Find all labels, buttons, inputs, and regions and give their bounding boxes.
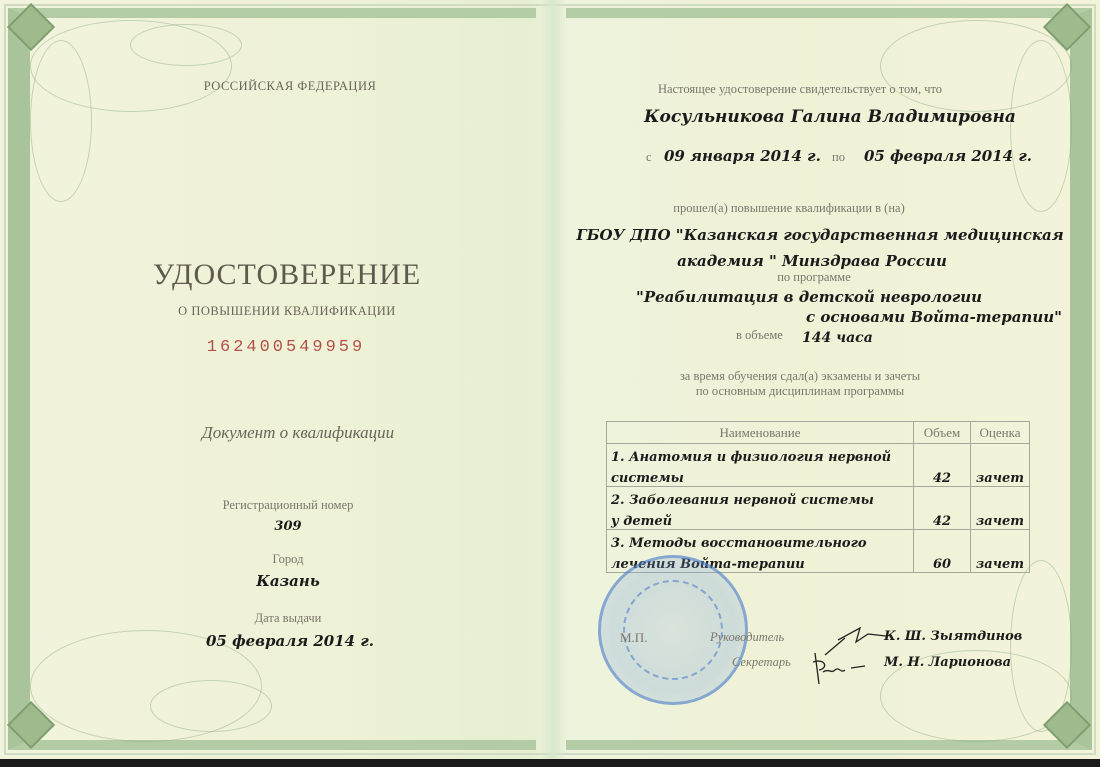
serial-number: 162400549959 — [207, 338, 365, 357]
program-label: по программе — [777, 270, 851, 285]
registration-label: Регистрационный номер — [223, 498, 354, 513]
discipline-name: 3. Методы восстановительного — [607, 530, 914, 552]
table-row: системы 42 зачет — [607, 465, 1030, 487]
header-name: Наименование — [607, 422, 914, 444]
certificate-spread: РОССИЙСКАЯ ФЕДЕРАЦИЯ УДОСТОВЕРЕНИЕ О ПОВ… — [0, 0, 1100, 759]
table-row: 3. Методы восстановительного — [607, 530, 1030, 552]
table-row: у детей 42 зачет — [607, 508, 1030, 530]
empty-cell — [914, 444, 971, 466]
full-name: Косульникова Галина Владимировна — [644, 107, 1016, 127]
discipline-volume: 42 — [914, 508, 971, 530]
document-subtitle: О ПОВЫШЕНИИ КВАЛИФИКАЦИИ — [178, 304, 396, 319]
date-from: 09 января 2014 г. — [664, 147, 821, 165]
discipline-volume: 60 — [914, 551, 971, 573]
to-label: по — [832, 150, 845, 165]
secretary-signature — [805, 648, 875, 688]
discipline-name: у детей — [607, 508, 914, 530]
intro-text: Настоящее удостоверение свидетельствует … — [658, 82, 942, 97]
country-label: РОССИЙСКАЯ ФЕДЕРАЦИЯ — [204, 79, 377, 94]
document-title: УДОСТОВЕРЕНИЕ — [153, 258, 421, 292]
passed-label: прошел(а) повышение квалификации в (на) — [673, 201, 904, 216]
document-type: Документ о квалификации — [202, 423, 394, 443]
secretary-name: М. Н. Ларионова — [884, 655, 1011, 670]
discipline-volume: 42 — [914, 465, 971, 487]
stamp-place-label: М.П. — [620, 630, 647, 646]
institution-line1: ГБОУ ДПО "Казанская государственная меди… — [576, 226, 1063, 244]
program-line2: с основами Войта-терапии" — [806, 308, 1062, 326]
empty-cell — [971, 530, 1030, 552]
guilloche-ornament — [30, 40, 92, 202]
guilloche-ornament — [150, 680, 272, 732]
empty-cell — [971, 487, 1030, 509]
discipline-grade: зачет — [971, 508, 1030, 530]
head-name: К. Ш. Зыятдинов — [884, 629, 1022, 644]
table-header-row: Наименование Объем Оценка — [607, 422, 1030, 444]
program-line1: "Реабилитация в детской неврологии — [636, 288, 982, 306]
issue-date-label: Дата выдачи — [255, 611, 322, 626]
institution-line2: академия " Минздрава России — [677, 252, 947, 270]
date-to: 05 февраля 2014 г. — [864, 147, 1032, 165]
table-row: 2. Заболевания нервной системы — [607, 487, 1030, 509]
disciplines-table: Наименование Объем Оценка 1. Анатомия и … — [606, 421, 1030, 573]
exams-line2: по основным дисциплинам программы — [696, 384, 904, 399]
guilloche-ornament — [130, 24, 242, 66]
registration-number: 309 — [274, 519, 301, 534]
empty-cell — [914, 487, 971, 509]
discipline-grade: зачет — [971, 465, 1030, 487]
guilloche-ornament — [1010, 40, 1072, 212]
page-fold — [540, 0, 566, 759]
issue-date: 05 февраля 2014 г. — [206, 632, 374, 650]
city-value: Казань — [256, 572, 320, 590]
city-label: Город — [273, 552, 304, 567]
empty-cell — [914, 530, 971, 552]
volume-value: 144 часа — [802, 330, 873, 346]
head-label: Руководитель — [710, 630, 784, 645]
exams-line1: за время обучения сдал(а) экзамены и зач… — [680, 369, 920, 384]
discipline-name: 1. Анатомия и физиология нервной — [607, 444, 914, 466]
secretary-label: Секретарь — [732, 655, 791, 670]
discipline-grade: зачет — [971, 551, 1030, 573]
header-volume: Объем — [914, 422, 971, 444]
discipline-name: 2. Заболевания нервной системы — [607, 487, 914, 509]
volume-label: в объеме — [736, 328, 783, 343]
discipline-name: системы — [607, 465, 914, 487]
header-grade: Оценка — [971, 422, 1030, 444]
from-label: с — [646, 150, 652, 165]
table-row: 1. Анатомия и физиология нервной — [607, 444, 1030, 466]
empty-cell — [971, 444, 1030, 466]
